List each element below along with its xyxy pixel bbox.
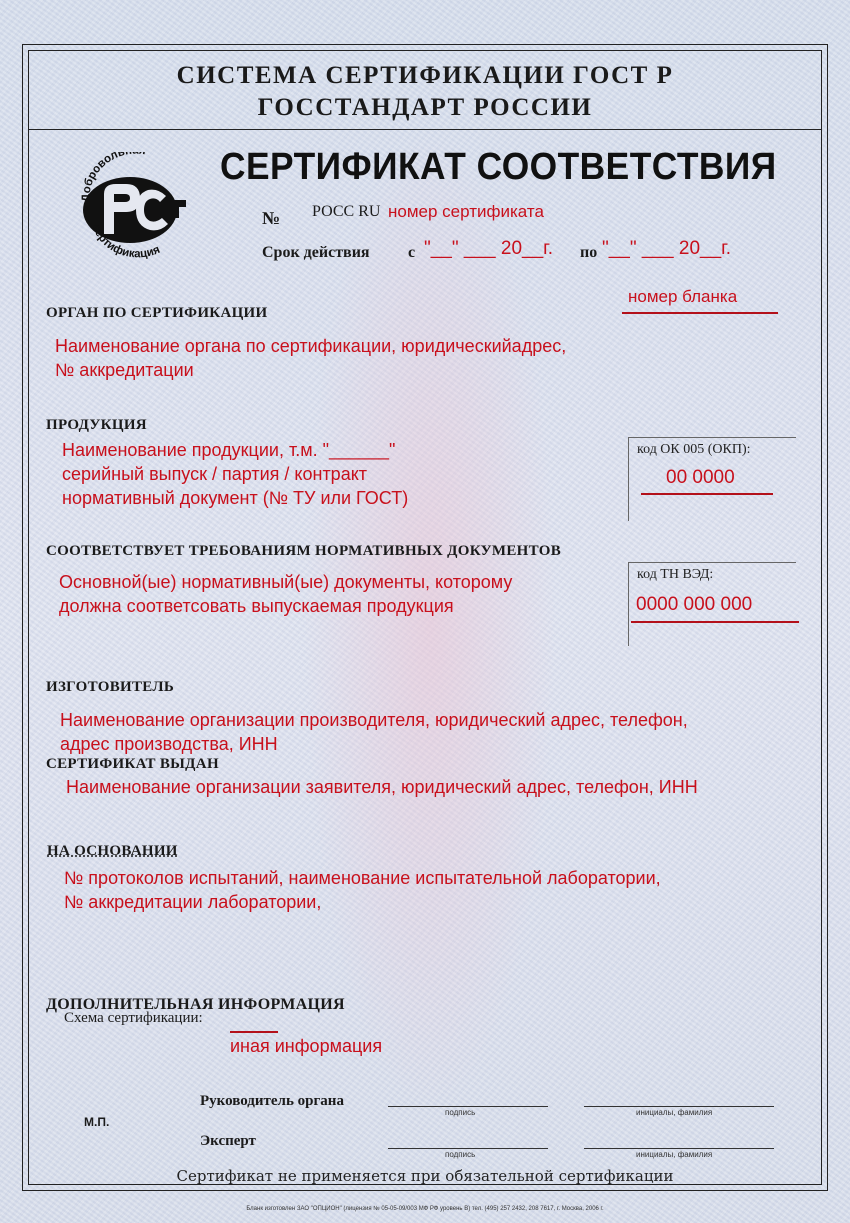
expert-label: Эксперт [200,1133,256,1150]
number-sign: № [262,208,280,229]
head-name-line[interactable] [584,1106,774,1107]
certificate-title: СЕРТИФИКАТ СООТВЕТСТВИЯ [220,146,777,189]
number-prefix: РОСС RU [312,203,380,221]
certificate-number[interactable]: номер сертификата [388,202,544,222]
blank-number-underline [622,312,778,314]
basis-line-2[interactable]: № аккредитации лаборатории, [64,890,321,914]
blank-number[interactable]: номер бланка [628,287,737,307]
validity-from-date[interactable]: "__" ___ 20__г. [424,238,553,260]
head-label: Руководитель органа [200,1093,344,1110]
product-line-2[interactable]: серийный выпуск / партия / контракт [62,462,367,486]
organ-line-2[interactable]: № аккредитации [55,358,194,382]
product-label: ПРОДУКЦИЯ [46,417,147,434]
manufacturer-label: ИЗГОТОВИТЕЛЬ [46,679,174,696]
validity-to-label: по [580,244,597,262]
product-line-1[interactable]: Наименование продукции, т.м. "______" [62,438,395,462]
basis-line-1[interactable]: № протоколов испытаний, наименование исп… [64,866,661,890]
issued-to-line-1[interactable]: Наименование организации заявителя, юрид… [66,775,698,799]
scheme-value-line[interactable] [230,1031,278,1033]
expert-signature-line[interactable] [388,1148,548,1149]
agency-title: ГОССТАНДАРТ РОССИИ [0,94,850,122]
okp-code-underline [641,493,773,495]
expert-signature-caption: подпись [445,1150,475,1159]
rst-logo: Добровольная сертификация [78,152,194,262]
validity-to-date[interactable]: "__" ___ 20__г. [602,238,731,260]
expert-name-line[interactable] [584,1148,774,1149]
validity-from-label: с [408,244,415,262]
conformity-label: СООТВЕТСТВУЕТ ТРЕБОВАНИЯМ НОРМАТИВНЫХ ДО… [46,543,561,560]
tnved-code-value[interactable]: 0000 000 000 [636,594,752,616]
conformity-line-1[interactable]: Основной(ые) нормативный(ые) документы, … [59,570,512,594]
head-signature-caption: подпись [445,1108,475,1117]
header-divider [28,129,822,130]
issued-to-label: СЕРТИФИКАТ ВЫДАН [46,756,219,773]
okp-code-label: код ОК 005 (ОКП): [637,442,751,458]
footer-notice: Сертификат не применяется при обязательн… [0,1167,850,1185]
stamp-place: М.П. [84,1115,109,1129]
manufacturer-line-1[interactable]: Наименование организации производителя, … [60,708,688,732]
product-line-3[interactable]: нормативный документ (№ ТУ или ГОСТ) [62,486,408,510]
basis-label: НА ОСНОВАНИИ [47,843,178,860]
validity-label: Срок действия [262,244,370,262]
tnved-code-label: код ТН ВЭД: [637,567,713,583]
organ-label: ОРГАН ПО СЕРТИФИКАЦИИ [46,305,268,322]
system-title: СИСТЕМА СЕРТИФИКАЦИИ ГОСТ Р [0,62,850,90]
printer-info: Бланк изготовлен ЗАО "ОПЦИОН" (лицензия … [0,1206,850,1212]
conformity-line-2[interactable]: должна соответсовать выпускаемая продукц… [59,594,454,618]
other-info[interactable]: иная информация [230,1036,382,1057]
expert-name-caption: инициалы, фамилия [636,1150,712,1159]
tnved-code-underline [631,621,799,623]
okp-code-value[interactable]: 00 0000 [666,467,735,489]
rst-mark-icon: Добровольная сертификация [78,152,194,262]
head-signature-line[interactable] [388,1106,548,1107]
organ-line-1[interactable]: Наименование органа по сертификации, юри… [55,334,566,358]
scheme-label: Схема сертификации: [64,1010,203,1027]
head-name-caption: инициалы, фамилия [636,1108,712,1117]
manufacturer-line-2[interactable]: адрес производства, ИНН [60,732,278,756]
